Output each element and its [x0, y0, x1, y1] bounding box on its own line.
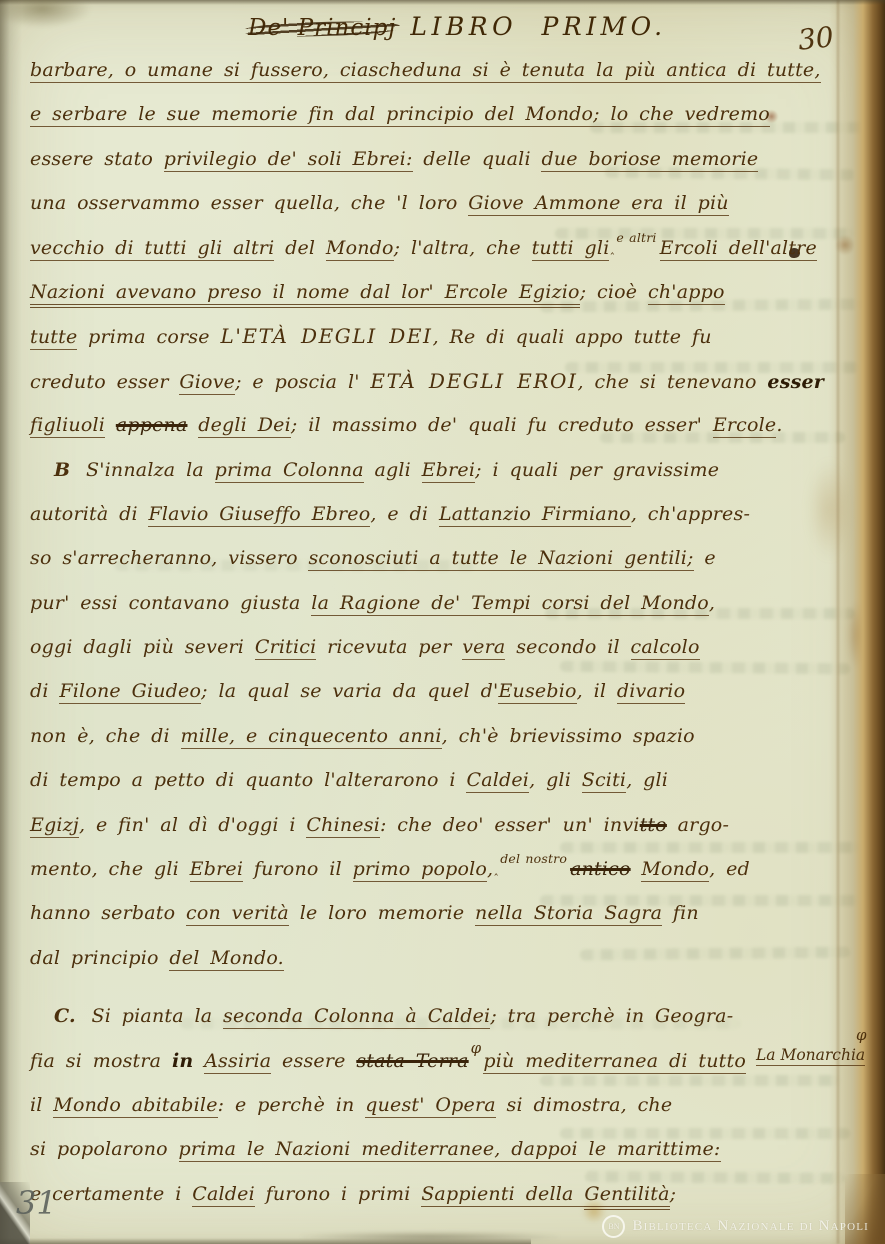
manuscript-line: B S'innalza la prima Colonna agli Ebrei;… [30, 448, 818, 492]
text-segment: in [172, 1050, 193, 1072]
text-segment: Sappienti della [421, 1183, 584, 1207]
manuscript-line: Nazioni avevano preso il nome dal lor' E… [30, 270, 818, 314]
text-segment: fin [662, 902, 699, 924]
text-segment: , Re di quali appo tutte fu [433, 326, 712, 348]
text-segment: , che si tenevano [578, 371, 768, 393]
manuscript-line: essere stato privilegio de' soli Ebrei: … [30, 137, 818, 181]
manuscript-line: vecchio di tutti gli altri del Mondo; l'… [30, 226, 818, 270]
text-segment: delle quali [413, 148, 542, 170]
text-segment: si popolarono [30, 1138, 179, 1160]
interline-insertion: del nostro [494, 859, 567, 860]
text-segment: sconosciuti a tutte le Nazioni gentili; [308, 547, 693, 571]
text-segment: Critici [255, 636, 317, 660]
manuscript-line: fia si mostra in Assiria essere stata Te… [30, 1039, 818, 1083]
text-segment: di [30, 680, 59, 702]
text-segment: Filone Giudeo [59, 680, 201, 704]
text-segment: Mondo [326, 237, 394, 261]
text-segment: , il [577, 680, 617, 702]
text-segment: degli Dei [198, 414, 291, 438]
text-segment: Giove [179, 371, 235, 395]
margin-annotation: φ La Monarchia [756, 1046, 865, 1064]
text-segment: Sciti [582, 769, 626, 793]
text-segment: privilegio de' soli Ebrei: [164, 148, 413, 172]
text-segment: Assiria [204, 1050, 271, 1074]
text-segment: : e perchè in [218, 1094, 366, 1116]
manuscript-page-scan: De' Principj LIBRO PRIMO. 30 barbare, o … [0, 0, 885, 1244]
text-segment: autorità di [30, 503, 148, 525]
text-segment: ; i quali per gravissime [475, 459, 719, 481]
text-segment: oggi dagli più severi [30, 636, 255, 658]
manuscript-line: si popolarono prima le Nazioni mediterra… [30, 1127, 818, 1171]
library-watermark-text: Biblioteca Nazionale di Napoli [632, 1218, 869, 1235]
text-segment: barbare, o umane si fussero, ciascheduna… [30, 59, 821, 83]
text-segment: vera [462, 636, 505, 660]
text-segment: la Ragione de' Tempi corsi del Mondo [311, 592, 709, 616]
text-segment: furono il [243, 858, 352, 880]
text-segment: hanno serbato [30, 902, 186, 924]
library-logo-icon: BN [602, 1215, 625, 1238]
insertion-mark-phi: φ [856, 1026, 867, 1044]
page-edge-top [0, 0, 885, 5]
manuscript-line: mento, che gli Ebrei furono il primo pop… [30, 847, 818, 891]
text-segment: essere [271, 1050, 356, 1072]
margin-annotation-text: La Monarchia [756, 1046, 865, 1066]
interline-insertion: e altri [610, 238, 656, 239]
text-segment [187, 414, 198, 436]
text-segment: Caldei [192, 1183, 255, 1207]
text-segment [105, 414, 116, 436]
manuscript-line: creduto esser Giove; e poscia l' ETÀ DEG… [30, 359, 818, 403]
text-segment: so s'arrecheranno, vissero [30, 547, 308, 569]
text-segment: pur' essi contavano giusta [30, 592, 311, 614]
text-segment: e serbare le sue memorie fin dal princip… [30, 103, 770, 127]
struck-text: appena [116, 414, 188, 436]
text-segment: seconda Colonna à Caldei [223, 1005, 490, 1029]
text-segment: Mondo abitabile [53, 1094, 217, 1118]
text-segment: Ebrei [422, 459, 475, 483]
text-segment: argo- [667, 814, 729, 836]
manuscript-line: una osservammo esser quella, che 'l loro… [30, 181, 818, 225]
struck-text: tto [640, 814, 667, 836]
page-edge-bottom [0, 1238, 531, 1244]
manuscript-line: hanno serbato con verità le loro memorie… [30, 891, 818, 935]
text-segment: non è, che di [30, 725, 181, 747]
text-segment [193, 1050, 204, 1072]
text-segment: ; cioè [580, 281, 648, 303]
manuscript-lines: barbare, o umane si fussero, ciascheduna… [30, 48, 818, 1216]
text-segment: secondo il [505, 636, 630, 658]
manuscript-line: il Mondo abitabile: e perchè in quest' O… [30, 1083, 818, 1127]
manuscript-line: so s'arrecheranno, vissero sconosciuti a… [30, 536, 818, 580]
manuscript-line: e certamente i Caldei furono i primi Sap… [30, 1172, 818, 1216]
text-segment: prima le Nazioni mediterranee, dappoi le… [179, 1138, 721, 1162]
text-segment: nella Storia Sagra [475, 902, 662, 926]
text-segment: , ch'è brievissimo spazio [442, 725, 695, 747]
text-segment: ETÀ DEGLI EROI [370, 369, 577, 393]
manuscript-line: figliuoli appena degli Dei; il massimo d… [30, 403, 818, 447]
text-segment: prima corse [77, 326, 220, 348]
text-segment: e [694, 547, 716, 569]
text-segment: Flavio Giuseffo Ebreo [148, 503, 370, 527]
text-segment: esser [767, 371, 824, 393]
text-segment: quest' Opera [365, 1094, 496, 1118]
manuscript-line: di Filone Giudeo; la qual se varia da qu… [30, 669, 818, 713]
text-segment: , e di [370, 503, 439, 525]
text-segment: Eusebio [498, 680, 576, 704]
text-segment: prima Colonna [215, 459, 364, 483]
page-corner-top-left [0, 0, 92, 28]
text-segment: tutte [30, 326, 77, 350]
text-segment: più mediterranea di tutto [483, 1050, 746, 1074]
manuscript-line: pur' essi contavano giusta la Ragione de… [30, 581, 818, 625]
text-segment: dal principio [30, 947, 169, 969]
text-segment: ch'appo [648, 281, 725, 305]
text-segment: del Mondo. [169, 947, 283, 971]
text-segment: una osservammo esser quella, che 'l loro [30, 192, 468, 214]
text-segment: , gli [529, 769, 582, 791]
page-title: LIBRO PRIMO. [410, 12, 666, 41]
text-segment: Ercoli dell'altre [660, 237, 817, 261]
text-segment: , gli [626, 769, 668, 791]
text-segment: ; il massimo de' quali fu creduto esser' [291, 414, 713, 436]
text-segment: Si pianta la [81, 1005, 223, 1027]
manuscript-line: autorità di Flavio Giuseffo Ebreo, e di … [30, 492, 818, 536]
manuscript-line: dal principio del Mondo. [30, 936, 818, 980]
text-segment: , ed [709, 858, 750, 880]
text-segment: Mondo [641, 858, 709, 882]
text-segment: fia si mostra [30, 1050, 172, 1072]
text-segment: Caldei [466, 769, 529, 793]
text-segment: ricevuta per [316, 636, 462, 658]
text-segment: tutti gli [532, 237, 610, 261]
text-segment: figliuoli [30, 414, 105, 438]
text-segment: Giove Ammone era il più [468, 192, 728, 216]
text-segment: , e fin' al dì d'oggi i [79, 814, 306, 836]
text-segment: Gentilità [584, 1183, 669, 1210]
text-segment: ; la qual se varia da quel d' [201, 680, 498, 702]
text-segment: ; e poscia l' [235, 371, 370, 393]
text-segment: Chinesi [306, 814, 380, 838]
text-segment: di tempo a petto di quanto l'alterarono … [30, 769, 466, 791]
manuscript-line: barbare, o umane si fussero, ciascheduna… [30, 48, 818, 92]
text-segment: ; [670, 1183, 677, 1205]
page-edge-left [0, 0, 22, 1244]
text-segment: B [54, 459, 70, 481]
text-segment: essere stato [30, 148, 164, 170]
text-segment: creduto esser [30, 371, 179, 393]
struck-text: stata Terra [356, 1050, 468, 1072]
text-segment [631, 858, 642, 880]
page-header: De' Principj LIBRO PRIMO. [248, 12, 667, 41]
manuscript-line: tutte prima corse L'ETÀ DEGLI DEI, Re di… [30, 314, 818, 358]
text-segment: le loro memorie [289, 902, 475, 924]
text-segment: . [776, 414, 782, 436]
text-segment: due boriose memorie [541, 148, 758, 172]
text-segment: si dimostra, che [496, 1094, 673, 1116]
text-segment: agli [364, 459, 422, 481]
manuscript-line: C. Si pianta la seconda Colonna à Caldei… [30, 994, 818, 1038]
text-segment: vecchio di tutti gli altri [30, 237, 274, 261]
manuscript-line: di tempo a petto di quanto l'alterarono … [30, 758, 818, 802]
text-segment: divario [617, 680, 685, 704]
manuscript-line: oggi dagli più severi Critici ricevuta p… [30, 625, 818, 669]
text-segment: S'innalza la [75, 459, 214, 481]
folio-number-pencil: 31 [16, 1184, 57, 1222]
cancelled-title-scribble: De' Principj [248, 15, 396, 41]
text-segment: il [30, 1094, 53, 1116]
manuscript-line: non è, che di mille, e cinquecento anni,… [30, 714, 818, 758]
text-segment: Ebrei [190, 858, 243, 882]
text-segment: C. [54, 1005, 76, 1027]
text-segment: , [709, 592, 715, 614]
manuscript-line: Egizj, e fin' al dì d'oggi i Chinesi: ch… [30, 803, 818, 847]
text-segment: con verità [186, 902, 289, 926]
text-segment: Egizj [30, 814, 79, 838]
struck-text: antico [570, 858, 631, 880]
manuscript-line: e serbare le sue memorie fin dal princip… [30, 92, 818, 136]
text-segment: del [274, 237, 326, 259]
text-segment: Ercole [713, 414, 777, 438]
library-watermark: BN Biblioteca Nazionale di Napoli [602, 1215, 869, 1238]
text-segment: mille, e cinquecento anni [181, 725, 442, 749]
text-segment: : che deo' esser' un' invi [380, 814, 640, 836]
text-segment: , ch'appres- [631, 503, 750, 525]
text-segment: primo popolo [353, 858, 487, 882]
text-segment: ; tra perchè in Geogra- [490, 1005, 733, 1027]
text-segment: L'ETÀ DEGLI DEI [220, 324, 432, 348]
text-segment: ; l'altra, che [394, 237, 532, 259]
text-segment: mento, che gli [30, 858, 190, 880]
text-segment: furono i primi [255, 1183, 421, 1205]
text-segment: calcolo [631, 636, 700, 660]
text-segment: Lattanzio Firmiano [439, 503, 631, 527]
text-segment: , [487, 858, 493, 880]
text-segment: Nazioni avevano preso il nome dal lor' E… [30, 281, 580, 308]
